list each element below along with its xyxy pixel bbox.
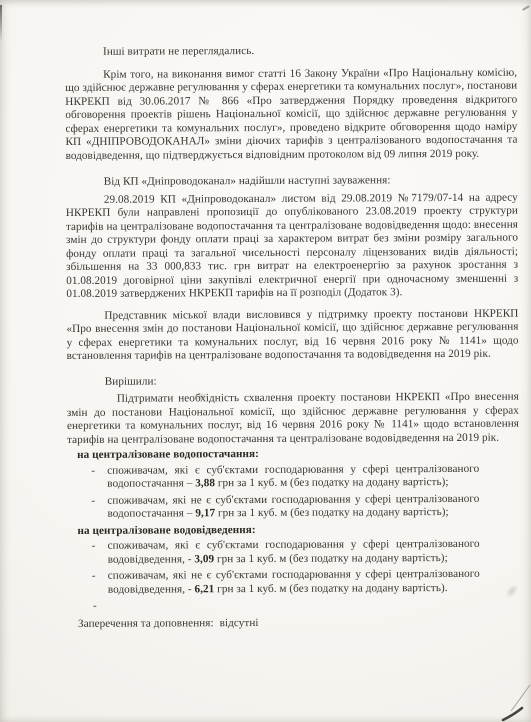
tariff-text: грн за 1 куб. м (без податку на додану в… (215, 506, 449, 519)
heading-sewerage: на централізоване водовідведення: (78, 522, 520, 538)
paragraph-support-decision: Підтримати необхідність схвалення проект… (67, 391, 519, 447)
paragraph-city-representative: Представник міської влади висловився у п… (66, 307, 518, 363)
document-text-block: Інші витрати не переглядались. Крім того… (65, 44, 520, 631)
tariff-value: 6,21 (195, 583, 215, 595)
objections-label: Заперечення та доповнення: (78, 617, 214, 630)
scan-left-edge-line (0, 5, 2, 41)
tariff-value: 9,17 (195, 507, 215, 519)
objections-value: відсутні (220, 616, 259, 628)
tariff-text: грн за 1 куб. м (без податку на додану в… (214, 552, 448, 565)
scan-corner-mark-top-right (522, 5, 530, 11)
tariff-item-water-business: -споживачам, які є суб'єктами господарюв… (107, 462, 479, 491)
bullet-dash: - (92, 540, 96, 554)
paragraph-other-costs: Інші витрати не переглядались. (65, 44, 517, 60)
tariff-value: 3,09 (194, 553, 214, 565)
tariff-item-sewerage-business: -споживачам, які є суб'єктами господарюв… (108, 538, 480, 567)
paragraph-dniprovodokanal-letter: 29.08.2019 КП «Дніпроводоканал» листом в… (66, 191, 519, 301)
heading-water-supply: на централізоване водопостачання: (77, 447, 519, 463)
pen-mark-bottom-right (495, 684, 531, 722)
paragraph-objections: Заперечення та доповнення:відсутні (78, 615, 520, 631)
heading-decided: Вирішили: (67, 373, 519, 389)
paragraph-open-discussion: Крім того, на виконання вимог статті 16 … (65, 66, 517, 163)
tariff-value: 3,88 (195, 477, 215, 489)
bullet-dash: - (91, 464, 95, 478)
tariff-text: грн за 1 куб. м (без податку на додану в… (214, 582, 447, 595)
scanned-document-page: Інші витрати не переглядались. Крім того… (0, 0, 531, 722)
tariff-item-water-nonbusiness: -споживачам, які не є суб'єктами господа… (107, 492, 479, 521)
bullet-dash: - (92, 570, 96, 584)
bullet-dash: - (91, 494, 95, 508)
empty-bullet-dash: - (93, 598, 520, 614)
tariff-text: грн за 1 куб. м (без податку на додану в… (215, 476, 449, 489)
paragraph-remarks-intro: Від КП «Дніпроводоканал» надійшли наступ… (66, 174, 518, 190)
tariff-item-sewerage-nonbusiness: -споживачам, які не є суб'єктами господа… (108, 568, 480, 597)
